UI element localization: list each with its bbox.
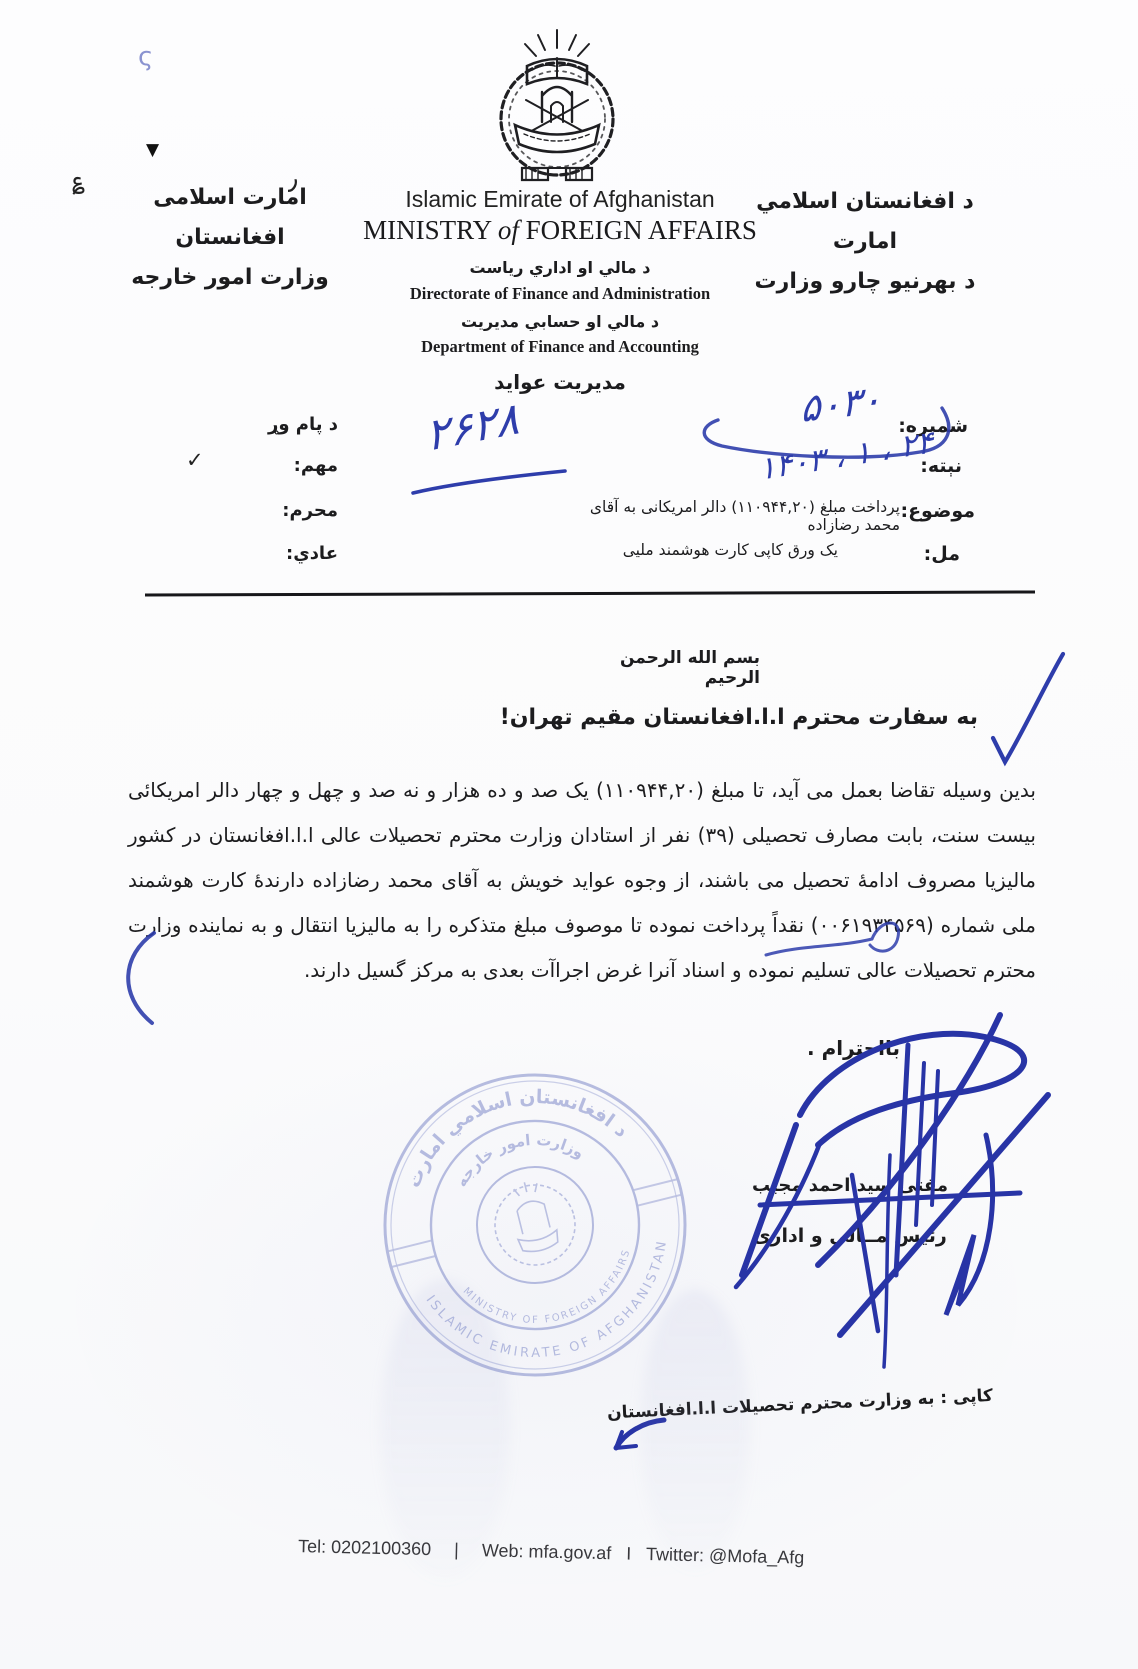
signature-ink: [700, 975, 1090, 1375]
header-english-line2: MINISTRY of FOREIGN AFFAIRS: [360, 215, 760, 246]
salutation: به سفارت محترم ا.ا.افغانستان مقیم تهران!: [418, 705, 978, 730]
foreign-affairs-text: FOREIGN AFFAIRS: [519, 215, 757, 245]
department-pashto: د مالي او حسابي مديريت: [410, 312, 710, 331]
header-dari-block: امارت اسلامی افغانستان وزارت امور خارجه: [100, 178, 360, 298]
header-dari-line1: امارت اسلامی افغانستان: [100, 178, 360, 258]
subject-value: پرداخت مبلغ (۱۱۰۹۴۴,۲۰) دالر امریکانی به…: [570, 498, 900, 534]
scanned-letter-page: ς ▼ ؏ ٫: [0, 0, 1138, 1669]
header-dari-line2: وزارت امور خارجه: [100, 258, 360, 298]
afghanistan-emblem-icon: [468, 22, 646, 190]
priority-important-label: مهم:: [248, 455, 338, 476]
ink-bracket-mark: [110, 925, 170, 1035]
header-pashto-block: د افغانستان اسلامي امارت د بهرنیو چارو و…: [740, 182, 990, 302]
stamp-arabic-top: د افغانستان اسلامي امارت: [386, 1061, 635, 1195]
priority-heading: د پام وړ: [238, 414, 338, 435]
scan-smudge: [380, 1280, 510, 1580]
priority-ordinary-label: عادي:: [244, 543, 338, 564]
footer-contact-line: Tel: 0202100360 | Web: mfa.gov.af I Twit…: [298, 1536, 818, 1569]
revenue-management-title: مدیریت عواید: [430, 370, 690, 394]
department-english: Department of Finance and Accounting: [380, 337, 740, 357]
header-english-block: Islamic Emirate of Afghanistan MINISTRY …: [360, 186, 760, 246]
priority-confidential-label: محرم:: [240, 500, 338, 521]
stray-ink-mark: ▼: [146, 140, 159, 160]
scan-smudge: [640, 1290, 750, 1570]
of-text: of: [498, 215, 519, 245]
ink-check-mark: [975, 640, 1075, 775]
header-pashto-line2: د بهرنیو چارو وزارت: [740, 262, 990, 302]
stray-ink-mark: ؏: [72, 168, 85, 193]
handwritten-ref-number: ۲۶۲۸: [424, 393, 521, 462]
basmala: بسم الله الرحمن الرحیم: [590, 648, 760, 688]
directorate-pashto: د مالي او اداري رياست: [410, 258, 710, 277]
attachment-label: مل:: [924, 543, 960, 565]
ink-underline-ref: [405, 465, 575, 505]
header-divider: [145, 590, 1035, 596]
subject-label: موضوع:: [900, 500, 975, 522]
svg-text:د افغانستان اسلامي امارت: د افغانستان اسلامي امارت: [386, 1061, 635, 1195]
stray-pen-mark: ς: [138, 42, 153, 72]
footer-separator-2: I: [626, 1544, 631, 1564]
attachment-value: یک ورق کاپی کارت هوشمند ملیی: [578, 541, 838, 559]
directorate-english: Directorate of Finance and Administratio…: [380, 284, 740, 304]
header-pashto-line1: د افغانستان اسلامي امارت: [740, 182, 990, 262]
ink-strike-mark: [760, 915, 910, 975]
ink-flourish-under-number: [680, 390, 980, 500]
ministry-text: MINISTRY: [363, 215, 498, 245]
header-english-line1: Islamic Emirate of Afghanistan: [360, 186, 760, 213]
footer-web: Web: mfa.gov.af: [482, 1540, 612, 1563]
important-checkmark: ✓: [186, 448, 204, 472]
